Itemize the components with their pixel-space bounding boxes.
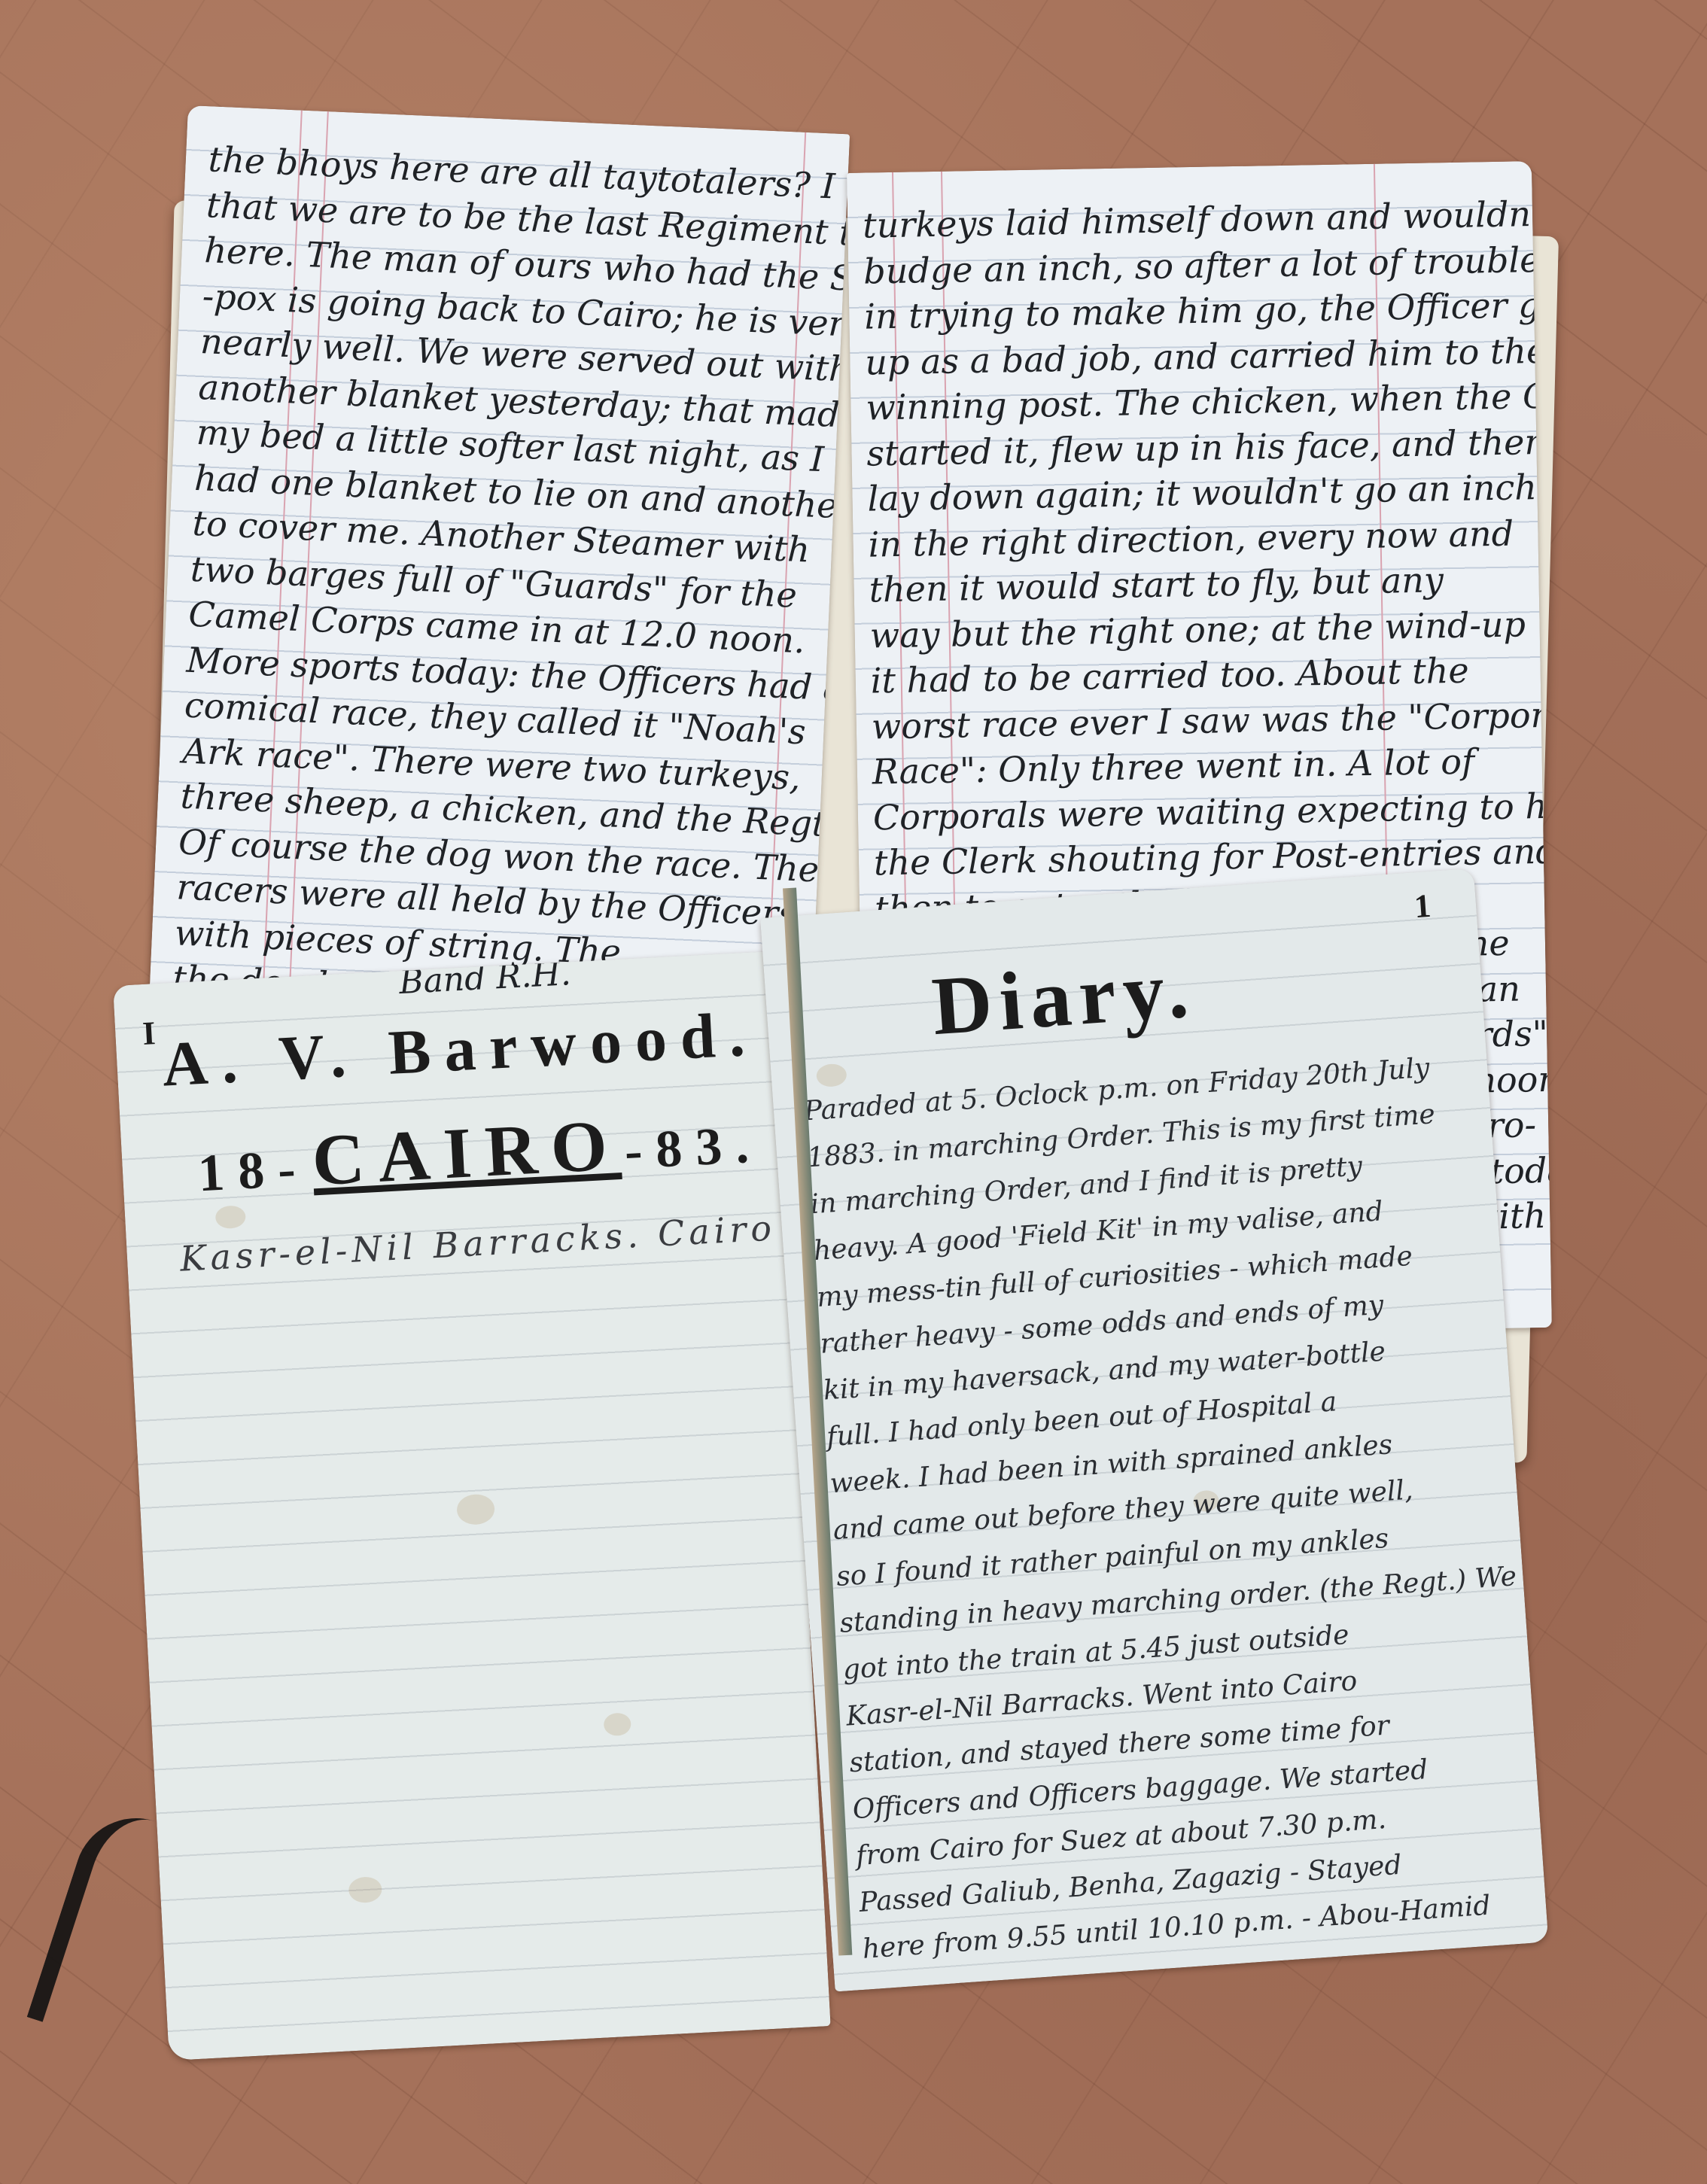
front-left-page-title: I Band R.H. A. V. Barwood. 42nd 18- CAIR…: [113, 951, 831, 2061]
corner-mark: I: [141, 1014, 157, 1053]
front-notebook: I Band R.H. A. V. Barwood. 42nd 18- CAIR…: [113, 888, 1528, 2077]
year-suffix: -83.: [623, 1115, 764, 1180]
foxing-spot: [348, 1876, 382, 1903]
foxing-spot: [456, 1493, 495, 1525]
barracks-line: Kasr-el-Nil Barracks. Cairo: [179, 1207, 777, 1279]
foxing-spot: [215, 1205, 247, 1229]
owner-name: A. V. Barwood. 42nd: [160, 986, 831, 1101]
front-right-page-diary: 1 Diary. Paraded at 5. Oclock p.m. on Fr…: [760, 868, 1548, 1992]
band-note: Band R.H.: [398, 954, 572, 1002]
page-number: 1: [1413, 887, 1432, 926]
diary-title: Diary.: [929, 941, 1198, 1054]
year-prefix: 18-: [196, 1139, 310, 1203]
place-date-line: 18- CAIRO -83.: [196, 1095, 764, 1208]
handwritten-text: Paraded at 5. Oclock p.m. on Friday 20th…: [802, 1042, 1532, 1973]
city-name: CAIRO: [310, 1104, 622, 1200]
foxing-spot: [604, 1712, 632, 1736]
foxing-spot: [816, 1063, 847, 1088]
